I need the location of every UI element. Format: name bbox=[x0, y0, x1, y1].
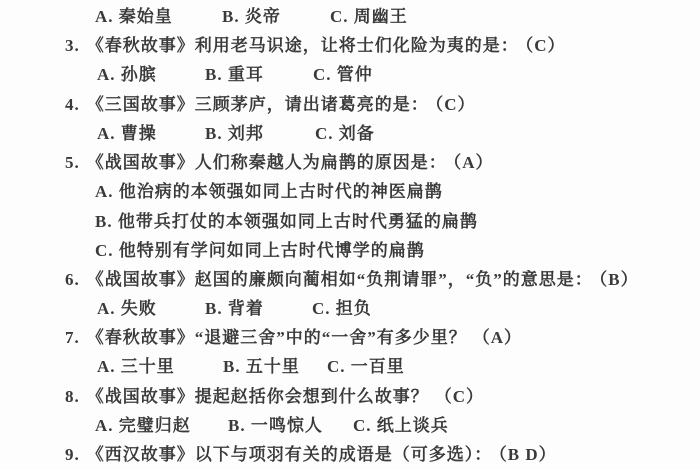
option-item: A. 他治病的本领强如同上古时代的神医扁鹊 bbox=[95, 181, 443, 203]
answer-key: （C） bbox=[525, 36, 566, 55]
answer-key: （C） bbox=[435, 95, 476, 114]
option-item: C. 一百里 bbox=[327, 356, 405, 378]
question-text: “退避三舍”中的“一舍”有多少里？ bbox=[195, 328, 467, 347]
answer-key: （A） bbox=[453, 153, 494, 172]
question-text: 三顾茅庐，请出诸葛亮的是： bbox=[195, 95, 429, 114]
option-item: A. 完璧归赵 bbox=[95, 415, 191, 437]
options-row: C. 他特别有学问如同上古时代博学的扁鹊 bbox=[0, 240, 700, 262]
option-item: C. 他特别有学问如同上古时代博学的扁鹊 bbox=[95, 240, 425, 262]
book-title: 《战国故事》 bbox=[87, 153, 195, 172]
question-text: 提起赵括你会想到什么故事？ bbox=[195, 387, 429, 406]
answer-key: （B D） bbox=[498, 445, 556, 464]
book-title: 《西汉故事》 bbox=[87, 445, 195, 464]
answer-key: （A） bbox=[473, 328, 522, 347]
options-row: B. 他带兵打仗的本领强如同上古时代勇猛的扁鹊 bbox=[0, 211, 700, 233]
options-row: A. 三十里 B. 五十里 C. 一百里 bbox=[0, 356, 700, 378]
option-item: A. 孙膑 bbox=[97, 64, 157, 86]
option-item: A. 秦始皇 bbox=[95, 6, 173, 28]
option-item: A. 失败 bbox=[97, 298, 157, 320]
option-item: B. 一鸣惊人 bbox=[228, 415, 323, 437]
option-item: C. 周幽王 bbox=[330, 6, 408, 28]
question-text: 人们称秦越人为扁鹊的原因是： bbox=[195, 153, 447, 172]
answer-key: （C） bbox=[435, 387, 484, 406]
question-number: 6. bbox=[65, 270, 80, 289]
options-row: A. 秦始皇 B. 炎帝 C. 周幽王 bbox=[0, 6, 700, 28]
question-prompt: 5.《战国故事》人们称秦越人为扁鹊的原因是：（A） bbox=[0, 152, 700, 174]
quiz-document: A. 秦始皇 B. 炎帝 C. 周幽王 3.《春秋故事》利用老马识途，让将士们化… bbox=[0, 0, 700, 470]
book-title: 《三国故事》 bbox=[87, 95, 195, 114]
options-row: A. 孙膑 B. 重耳 C. 管仲 bbox=[0, 64, 700, 86]
option-item: A. 三十里 bbox=[97, 356, 175, 378]
book-title: 《春秋故事》 bbox=[87, 36, 195, 55]
question-number: 8. bbox=[65, 387, 80, 406]
question-number: 4. bbox=[65, 95, 80, 114]
question-prompt: 8.《战国故事》提起赵括你会想到什么故事？（C） bbox=[0, 386, 700, 408]
option-item: B. 背着 bbox=[205, 298, 264, 320]
option-item: B. 炎帝 bbox=[222, 6, 281, 28]
answer-key: （B） bbox=[599, 270, 639, 289]
question-text: 以下与项羽有关的成语是（可多选）： bbox=[195, 445, 493, 464]
question-prompt: 4.《三国故事》三顾茅庐，请出诸葛亮的是：（C） bbox=[0, 94, 700, 116]
option-item: A. 曹操 bbox=[97, 123, 157, 145]
options-row: A. 失败 B. 背着 C. 担负 bbox=[0, 298, 700, 320]
question-prompt: 6.《战国故事》赵国的廉颇向蔺相如“负荆请罪”，“负”的意思是：（B） bbox=[0, 269, 700, 291]
option-item: B. 刘邦 bbox=[205, 123, 264, 145]
question-prompt: 9.《西汉故事》以下与项羽有关的成语是（可多选）：（B D） bbox=[0, 444, 700, 466]
option-item: C. 担负 bbox=[312, 298, 372, 320]
option-item: B. 他带兵打仗的本领强如同上古时代勇猛的扁鹊 bbox=[95, 211, 478, 233]
options-row: A. 完璧归赵 B. 一鸣惊人 C. 纸上谈兵 bbox=[0, 415, 700, 437]
option-item: C. 纸上谈兵 bbox=[353, 415, 449, 437]
question-number: 3. bbox=[65, 36, 80, 55]
question-prompt: 7.《春秋故事》“退避三舍”中的“一舍”有多少里？（A） bbox=[0, 327, 700, 349]
question-text: 利用老马识途，让将士们化险为夷的是： bbox=[195, 36, 519, 55]
question-text: 赵国的廉颇向蔺相如“负荆请罪”，“负”的意思是： bbox=[195, 270, 593, 289]
question-number: 7. bbox=[65, 328, 80, 347]
options-row: A. 他治病的本领强如同上古时代的神医扁鹊 bbox=[0, 181, 700, 203]
question-prompt: 3.《春秋故事》利用老马识途，让将士们化险为夷的是：（C） bbox=[0, 35, 700, 57]
question-number: 5. bbox=[65, 153, 80, 172]
options-row: A. 曹操 B. 刘邦 C. 刘备 bbox=[0, 123, 700, 145]
book-title: 《春秋故事》 bbox=[87, 328, 195, 347]
book-title: 《战国故事》 bbox=[87, 387, 195, 406]
book-title: 《战国故事》 bbox=[87, 270, 195, 289]
option-item: B. 五十里 bbox=[223, 356, 300, 378]
option-item: B. 重耳 bbox=[205, 64, 264, 86]
option-item: C. 管仲 bbox=[313, 64, 373, 86]
option-item: C. 刘备 bbox=[315, 123, 375, 145]
question-number: 9. bbox=[65, 445, 80, 464]
